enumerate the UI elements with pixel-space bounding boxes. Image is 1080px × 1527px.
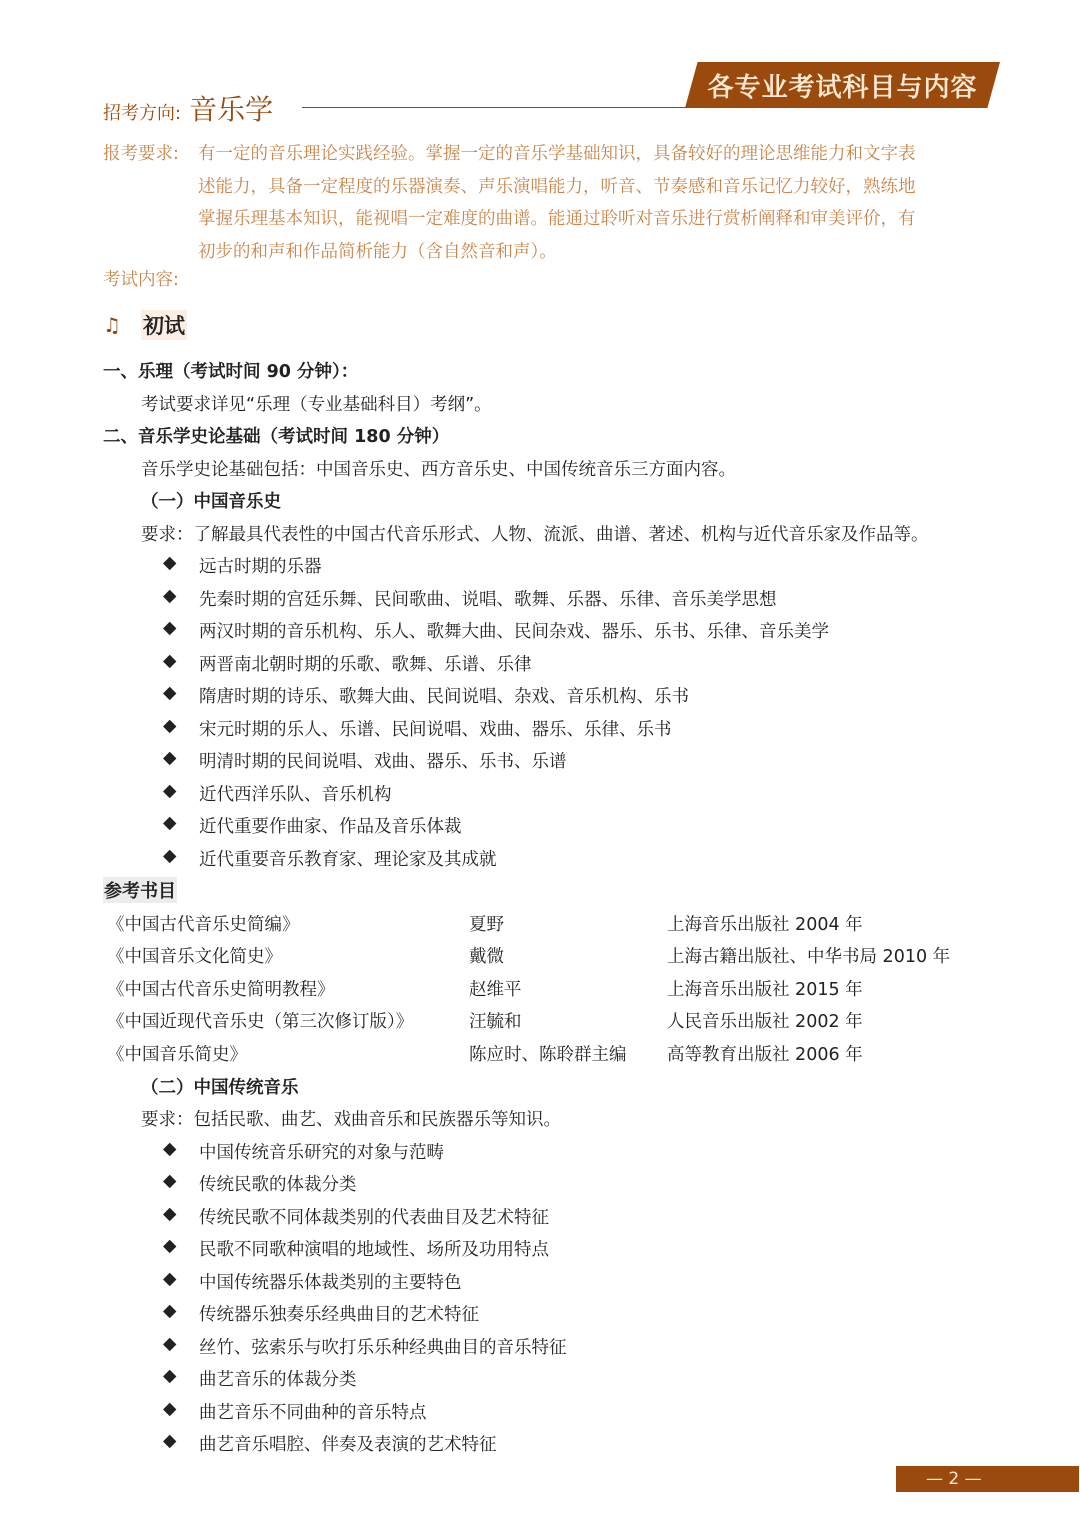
list-item: 远古时期的乐器 — [199, 553, 322, 578]
list-item: 近代重要音乐教育家、理论家及其成就 — [199, 846, 497, 871]
sub2-req: 要求：包括民歌、曲艺、戏曲音乐和民族器乐等知识。 — [141, 1106, 561, 1131]
diamond-bullet-icon: ◆ — [163, 846, 176, 866]
list-item: 传统器乐独奏乐经典曲目的艺术特征 — [199, 1301, 479, 1326]
list-item: 曲艺音乐不同曲种的音乐特点 — [199, 1399, 427, 1424]
diamond-bullet-icon: ◆ — [163, 1236, 176, 1256]
stage-title: 初试 — [141, 310, 187, 340]
diamond-bullet-icon: ◆ — [163, 651, 176, 671]
reference-author: 夏野 — [469, 911, 504, 936]
diamond-bullet-icon: ◆ — [163, 586, 176, 606]
list-item: 近代重要作曲家、作品及音乐体裁 — [199, 813, 462, 838]
direction-value: 音乐学 — [189, 88, 273, 128]
requirements-line: 掌握乐理基本知识，能视唱一定难度的曲谱。能通过聆听对音乐进行赏析阐释和审美评价，… — [198, 203, 983, 236]
list-item: 明清时期的民间说唱、戏曲、器乐、乐书、乐谱 — [199, 748, 567, 773]
section1-heading: 一、乐理（考试时间 90 分钟）： — [103, 358, 358, 383]
content-label: 考试内容: — [103, 266, 179, 291]
diamond-bullet-icon: ◆ — [163, 1366, 176, 1386]
stage-heading: ♫ 初试 — [103, 310, 187, 340]
list-item: 中国传统器乐体裁类别的主要特色 — [199, 1269, 462, 1294]
list-item: 传统民歌不同体裁类别的代表曲目及艺术特征 — [199, 1204, 549, 1229]
header-divider — [302, 107, 692, 108]
diamond-bullet-icon: ◆ — [163, 781, 176, 801]
sub2-heading: （二）中国传统音乐 — [141, 1074, 299, 1099]
diamond-bullet-icon: ◆ — [163, 618, 176, 638]
section2-desc: 音乐学史论基础包括：中国音乐史、西方音乐史、中国传统音乐三方面内容。 — [141, 456, 736, 481]
requirements-block: 报考要求: 有一定的音乐理论实践经验。掌握一定的音乐学基础知识，具备较好的理论思… — [103, 138, 983, 268]
list-item: 先秦时期的宫廷乐舞、民间歌曲、说唱、歌舞、乐器、乐律、音乐美学思想 — [199, 586, 777, 611]
diamond-bullet-icon: ◆ — [163, 716, 176, 736]
requirements-line: 初步的和声和作品简析能力（含自然音和声）。 — [198, 236, 983, 269]
references-title: 参考书目 — [103, 877, 177, 903]
sub1-req: 要求：了解最具代表性的中国古代音乐形式、人物、流派、曲谱、著述、机构与近代音乐家… — [141, 521, 929, 546]
reference-publisher: 人民音乐出版社 2002 年 — [667, 1008, 863, 1033]
reference-book: 《中国近现代音乐史（第三次修订版）》 — [107, 1008, 413, 1033]
list-item: 民歌不同歌种演唱的地域性、场所及功用特点 — [199, 1236, 549, 1261]
reference-book: 《中国古代音乐史简明教程》 — [107, 976, 335, 1001]
diamond-bullet-icon: ◆ — [163, 1171, 176, 1191]
list-item: 隋唐时期的诗乐、歌舞大曲、民间说唱、杂戏、音乐机构、乐书 — [199, 683, 689, 708]
list-item: 两晋南北朝时期的乐歌、歌舞、乐谱、乐律 — [199, 651, 532, 676]
reference-book: 《中国音乐文化简史》 — [107, 943, 282, 968]
diamond-bullet-icon: ◆ — [163, 1139, 176, 1159]
reference-author: 陈应时、陈聆群主编 — [469, 1041, 627, 1066]
direction-label: 招考方向: — [103, 99, 181, 125]
reference-publisher: 上海古籍出版社、中华书局 2010 年 — [667, 943, 950, 968]
requirements-line: 述能力，具备一定程度的乐器演奏、声乐演唱能力，听音、节奏感和音乐记忆力较好，熟练… — [198, 171, 983, 204]
diamond-bullet-icon: ◆ — [163, 683, 176, 703]
reference-book: 《中国音乐简史》 — [107, 1041, 247, 1066]
list-item: 传统民歌的体裁分类 — [199, 1171, 357, 1196]
requirements-label: 报考要求: — [103, 138, 179, 171]
list-item: 宋元时期的乐人、乐谱、民间说唱、戏曲、器乐、乐律、乐书 — [199, 716, 672, 741]
reference-book: 《中国古代音乐史简编》 — [107, 911, 300, 936]
sub1-heading: （一）中国音乐史 — [141, 488, 281, 513]
section2-heading: 二、音乐学史论基础（考试时间 180 分钟） — [103, 423, 449, 448]
page-number: — 2 — — [896, 1466, 1079, 1492]
list-item: 丝竹、弦索乐与吹打乐乐种经典曲目的音乐特征 — [199, 1334, 567, 1359]
diamond-bullet-icon: ◆ — [163, 1334, 176, 1354]
diamond-bullet-icon: ◆ — [163, 813, 176, 833]
diamond-bullet-icon: ◆ — [163, 1399, 176, 1419]
section-banner: 各专业考试科目与内容 — [685, 62, 1000, 108]
diamond-bullet-icon: ◆ — [163, 1204, 176, 1224]
direction-row: 招考方向: 音乐学 — [103, 88, 273, 128]
diamond-bullet-icon: ◆ — [163, 553, 176, 573]
list-item: 近代西洋乐队、音乐机构 — [199, 781, 392, 806]
diamond-bullet-icon: ◆ — [163, 1431, 176, 1451]
reference-author: 戴微 — [469, 943, 504, 968]
list-item: 曲艺音乐的体裁分类 — [199, 1366, 357, 1391]
diamond-bullet-icon: ◆ — [163, 1301, 176, 1321]
list-item: 两汉时期的音乐机构、乐人、歌舞大曲、民间杂戏、器乐、乐书、乐律、音乐美学 — [199, 618, 829, 643]
list-item: 曲艺音乐唱腔、伴奏及表演的艺术特征 — [199, 1431, 497, 1456]
list-item: 中国传统音乐研究的对象与范畴 — [199, 1139, 444, 1164]
diamond-bullet-icon: ◆ — [163, 1269, 176, 1289]
music-note-icon: ♫ — [103, 313, 141, 337]
section1-desc: 考试要求详见“乐理（专业基础科目）考纲”。 — [141, 391, 492, 416]
reference-author: 汪毓和 — [469, 1008, 522, 1033]
requirements-line: 有一定的音乐理论实践经验。掌握一定的音乐学基础知识，具备较好的理论思维能力和文字… — [198, 138, 983, 171]
reference-publisher: 高等教育出版社 2006 年 — [667, 1041, 863, 1066]
reference-author: 赵维平 — [469, 976, 522, 1001]
diamond-bullet-icon: ◆ — [163, 748, 176, 768]
reference-publisher: 上海音乐出版社 2015 年 — [667, 976, 863, 1001]
reference-publisher: 上海音乐出版社 2004 年 — [667, 911, 863, 936]
